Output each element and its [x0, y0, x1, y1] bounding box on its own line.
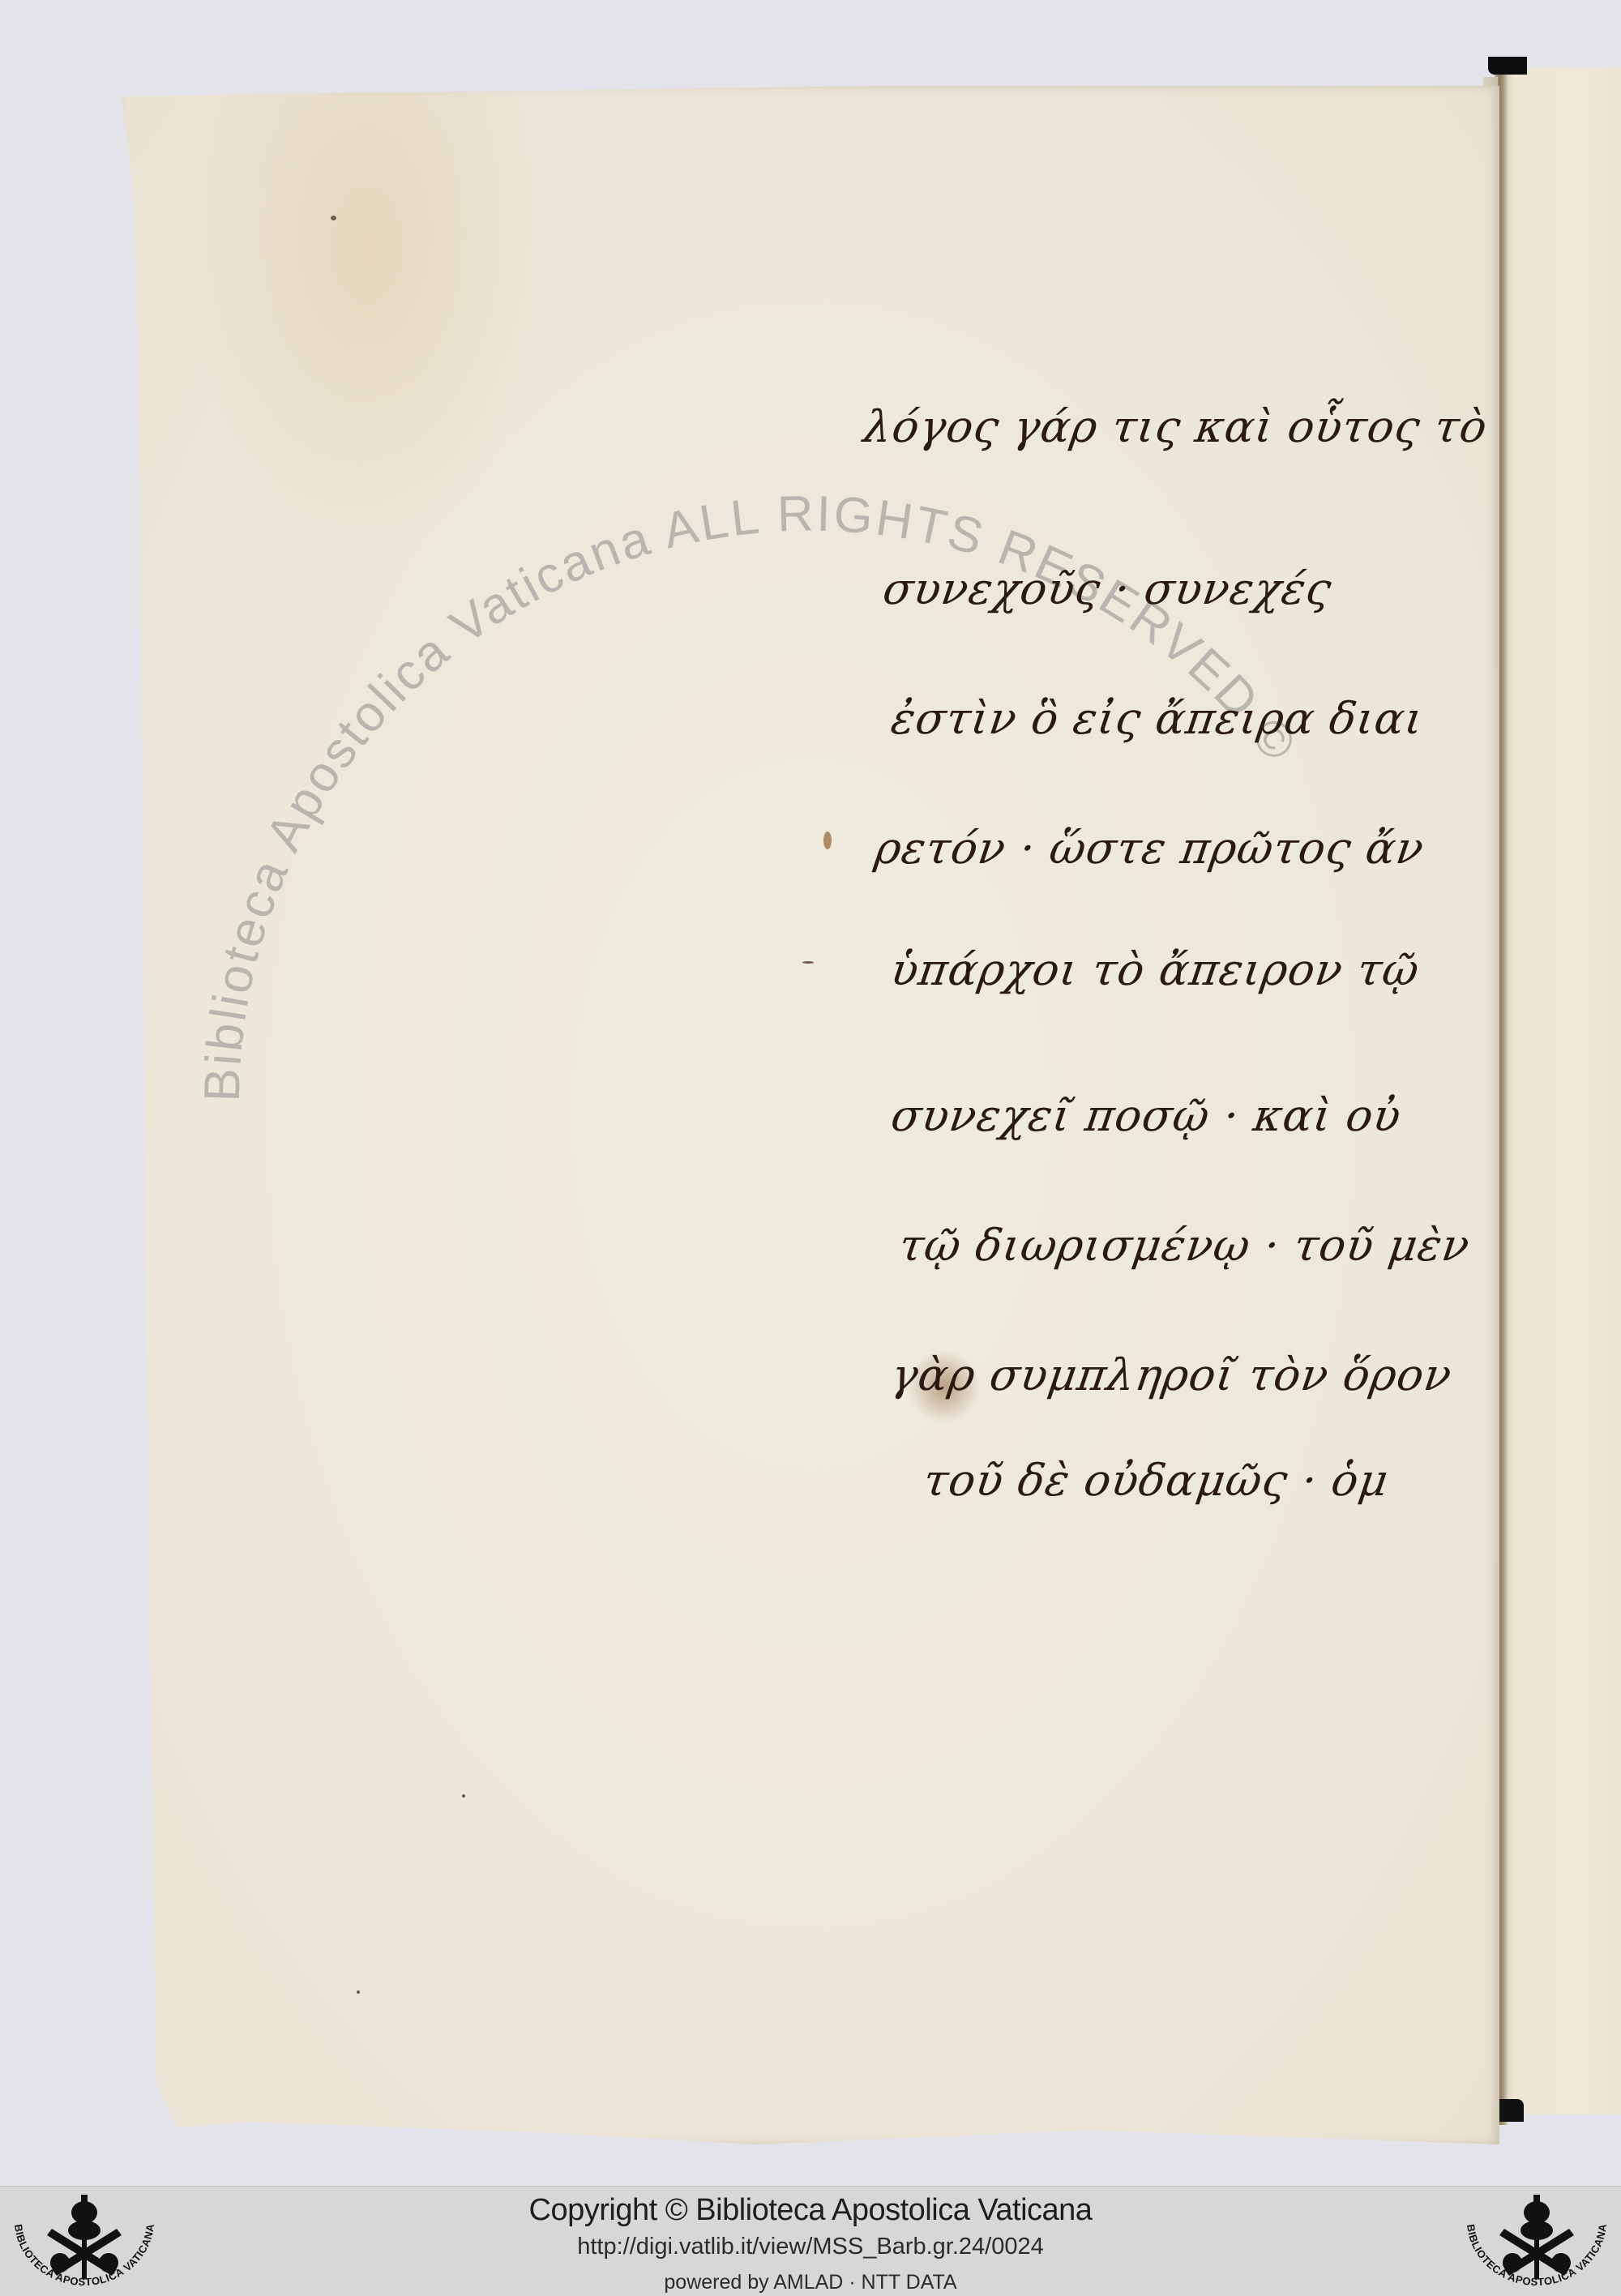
paper-speck	[802, 961, 814, 964]
script-line: ρετόν · ὥστε πρῶτος ἄν	[872, 827, 1426, 870]
library-logo-left: BIBLIOTECA APOSTOLICA VATICANA	[3, 2188, 165, 2295]
paper-speck	[357, 1990, 360, 1994]
copyright-footer: Copyright © Biblioteca Apostolica Vatica…	[0, 2186, 1621, 2296]
script-line: γὰρ συμπληροῖ τὸν ὅρον	[888, 1353, 1455, 1397]
papal-coat-of-arms-icon: BIBLIOTECA APOSTOLICA VATICANA	[1456, 2188, 1618, 2295]
paper-speck	[331, 216, 336, 220]
paper-speck	[823, 832, 832, 849]
paper-speck	[462, 1794, 465, 1798]
script-line: τῷ διωρισμένῳ · τοῦ μὲν	[896, 1224, 1473, 1268]
library-logo-right: BIBLIOTECA APOSTOLICA VATICANA	[1456, 2188, 1618, 2295]
facing-page	[1506, 68, 1621, 2114]
script-line: ὑπάρχοι τὸ ἄπειρον τῷ	[888, 948, 1422, 992]
script-line: συνεχεῖ ποσῷ · καὶ οὐ	[888, 1094, 1404, 1138]
image-viewer[interactable]: Biblioteca Apostolica Vaticana ALL RIGHT…	[0, 0, 1621, 2186]
script-line: ἐστὶν ὃ εἰς ἄπειρα διαι	[888, 697, 1426, 741]
papal-coat-of-arms-icon: BIBLIOTECA APOSTOLICA VATICANA	[3, 2188, 165, 2295]
permalink-url[interactable]: http://digi.vatlib.it/view/MSS_Barb.gr.2…	[0, 2234, 1621, 2260]
script-line: τοῦ δὲ οὐδαμῶς · ὁμ	[921, 1459, 1391, 1503]
script-line: συνεχοῦς · συνεχές	[880, 567, 1334, 611]
copyright-text: Copyright © Biblioteca Apostolica Vatica…	[0, 2193, 1621, 2228]
powered-by-text: powered by AMLAD · NTT DATA	[0, 2271, 1621, 2294]
page-clip-top	[1488, 57, 1527, 75]
script-line: λόγος γάρ τις καὶ οὗτος τὸ	[861, 405, 1490, 449]
